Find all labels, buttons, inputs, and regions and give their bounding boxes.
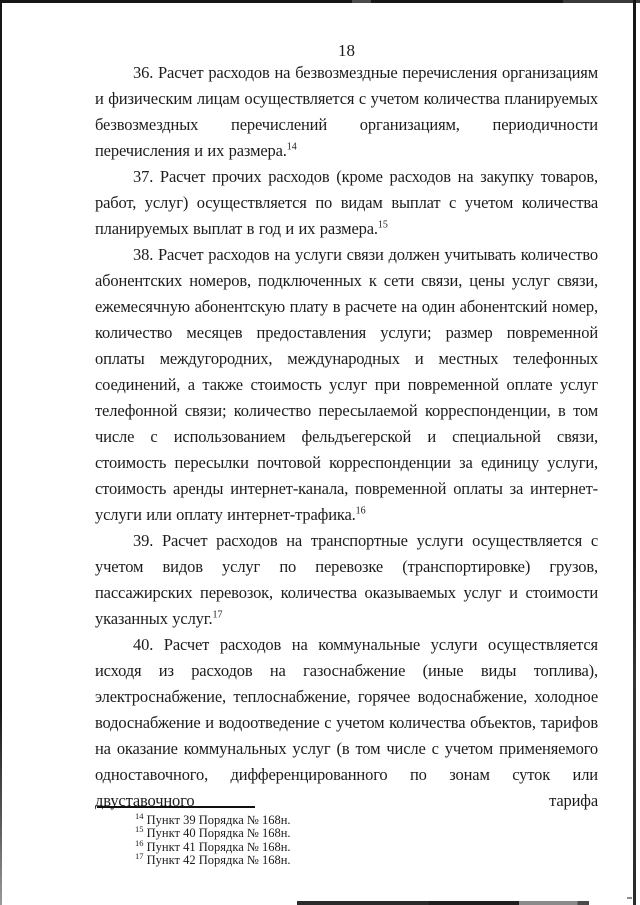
scan-artifact-bottom-tick [627,897,632,899]
footnote: 15 Пункт 40 Порядка № 168н. [135,827,515,840]
scan-artifact-top-edge [0,0,640,3]
footnote-separator-line [97,806,255,808]
footnote-text: Пункт 41 Порядка № 168н. [144,840,291,854]
paragraph: 39. Расчет расходов на транспортные услу… [95,528,598,632]
footnote-number: 14 [135,811,144,821]
scanned-document-page: 18 36. Расчет расходов на безвозмездные … [0,0,640,905]
footnote-reference: 14 [287,142,297,153]
paragraph: 40. Расчет расходов на коммунальные услу… [95,632,598,814]
footnote-reference: 16 [356,506,366,517]
footnote-area: 14 Пункт 39 Порядка № 168н.15 Пункт 40 П… [95,806,515,868]
footnote-number: 17 [135,851,144,861]
footnote-reference: 15 [378,220,388,231]
scan-artifact-right-edge [633,0,636,905]
paragraph: 37. Расчет прочих расходов (кроме расход… [95,164,598,242]
footnote: 17 Пункт 42 Порядка № 168н. [135,854,515,867]
footnote-list: 14 Пункт 39 Порядка № 168н.15 Пункт 40 П… [95,814,515,868]
page-number: 18 [95,42,598,60]
scan-artifact-left-edge [0,0,2,905]
footnote-text: Пункт 39 Порядка № 168н. [144,813,291,827]
document-body: 36. Расчет расходов на безвозмездные пер… [95,60,598,814]
paragraph: 38. Расчет расходов на услуги связи долж… [95,242,598,528]
paragraph: 36. Расчет расходов на безвозмездные пер… [95,60,598,164]
footnote-reference: 17 [213,610,223,621]
footnote-number: 15 [135,824,144,834]
footnote-text: Пункт 42 Порядка № 168н. [144,853,291,867]
footnote-text: Пункт 40 Порядка № 168н. [144,826,291,840]
scan-artifact-bottom-bar [297,901,589,905]
footnote-number: 16 [135,838,144,848]
